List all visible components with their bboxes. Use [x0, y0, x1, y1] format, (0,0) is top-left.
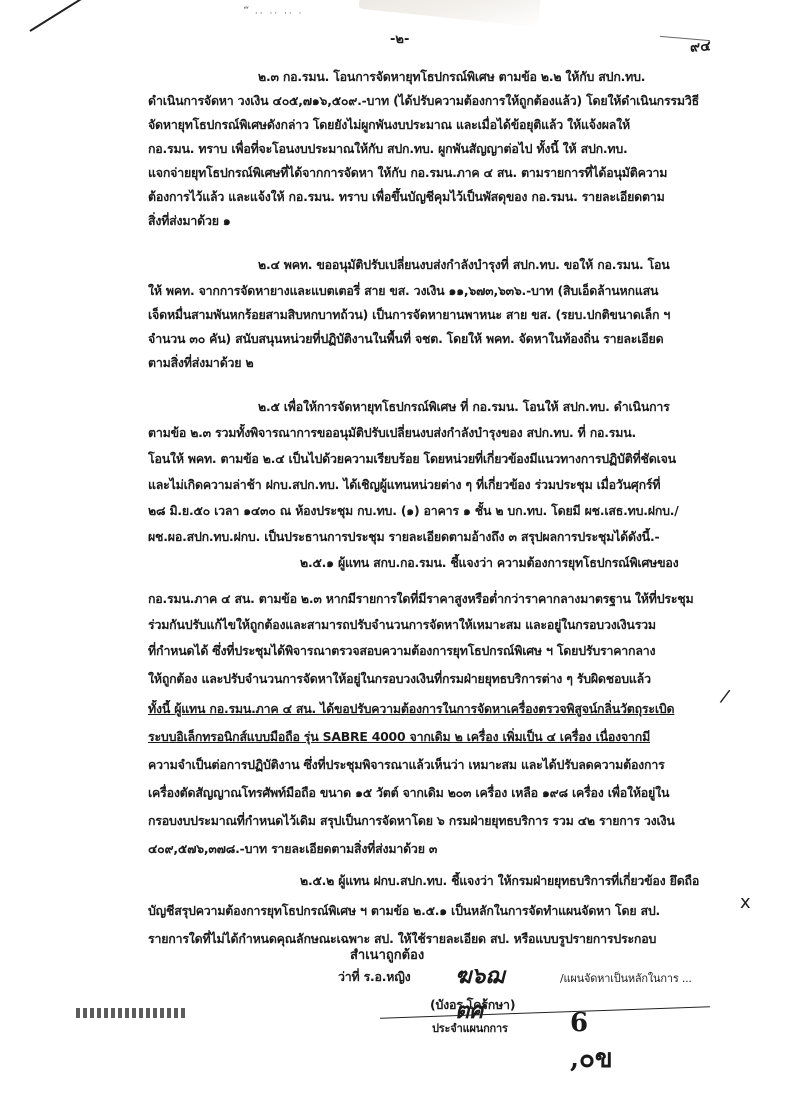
paragraph-line: ให้ พคท. จากการจัดหายางและแบตเตอรี่ สาย … — [148, 282, 708, 300]
paragraph-line: และไม่เกิดความล่าช้า ฝกบ.สปก.ทบ. ได้เชิญ… — [148, 476, 708, 494]
paragraph-line: โอนให้ พคท. ตามข้อ ๒.๔ เป็นไปด้วยความเรี… — [148, 450, 708, 468]
paragraph-line: กอ.รมน. ทราบ เพื่อที่จะโอนงบประมาณให้กับ… — [148, 140, 708, 158]
paragraph-line: ร่วมกันปรับแก้ไขให้ถูกต้องและสามารถปรับจ… — [148, 616, 708, 634]
paragraph-line: จัดหายุทโธปกรณ์พิเศษดังกล่าว โดยยังไม่ผู… — [148, 116, 708, 134]
signer-rank: ว่าที่ ร.อ.หญิง — [338, 968, 458, 986]
paragraph-line: กอ.รมน.ภาค ๔ สน. ตามข้อ ๒.๓ หากมีรายการใ… — [148, 590, 708, 608]
paragraph-line: ความจำเป็นต่อการปฏิบัติงาน ซึ่งที่ประชุม… — [148, 756, 708, 774]
certified-copy-stamp: สำเนาถูกต้อง — [350, 944, 424, 965]
paragraph-line: ทั้งนี้ ผู้แทน กอ.รมน.ภาค ๔ สน. ได้ขอปรั… — [148, 700, 708, 718]
page-number: -๒- — [390, 28, 409, 49]
paragraph-line: ๒.๕.๒ ผู้แทน ฝกบ.สปก.ทบ. ชี้แจงว่า ให้กร… — [300, 872, 708, 890]
header-noise: ๊ ·· ·· ·· · — [248, 6, 303, 20]
scanned-document-page: ๊ ·· ·· ·· · -๒- ๙๔ ๒.๓ กอ.รมน. โอนการจั… — [0, 0, 800, 1100]
paragraph-line: ๒๘ มิ.ย.๕๐ เวลา ๑๔๓๐ ณ ห้องประชุม กบ.ทบ.… — [148, 502, 708, 520]
paragraph-line: จำนวน ๓๐ คัน) สนับสนุนหน่วยที่ปฏิบัติงาน… — [148, 330, 708, 348]
folio-number: ๙๔ — [689, 35, 711, 58]
paragraph-line: สิ่งที่ส่งมาด้วย ๑ — [148, 212, 708, 230]
paragraph-line: ๒.๔ พคท. ขออนุมัติปรับเปลี่ยนงบส่งกำลังบ… — [258, 256, 708, 274]
handwritten-signature: ฆ๖ฌ ตศ — [455, 958, 504, 1028]
paragraph-line: ระบบอิเล็กทรอนิกส์แบบมือถือ รุ่น SABRE 4… — [148, 728, 708, 746]
paragraph-line: บัญชีสรุปความต้องการยุทโธปกรณ์พิเศษ ฯ ตา… — [148, 902, 708, 920]
paragraph-line: ให้ถูกต้อง และปรับจำนวนการจัดหาให้อยู่ใน… — [148, 670, 708, 688]
paragraph-line: ๔๐๙,๕๗๖,๓๗๘.-บาท รายละเอียดตามสิ่งที่ส่ง… — [148, 840, 708, 858]
paragraph-line: รายการใดที่ไม่ได้กำหนดคุณลักษณะเฉพาะ สป.… — [148, 930, 708, 948]
paragraph-line: กรอบงบประมาณที่กำหนดไว้เดิม สรุปเป็นการจ… — [148, 812, 708, 830]
signature-note: /แผนจัดหาเป็นหลักในการ ... — [560, 970, 730, 988]
margin-check-mark: / — [719, 686, 732, 708]
paragraph-line: ๒.๕ เพื่อให้การจัดหายุทโธปกรณ์พิเศษ ที่ … — [258, 398, 708, 416]
signer-position: ประจำแผนกการ — [432, 1020, 552, 1038]
paragraph-line: เจ็ดหมื่นสามพันหกร้อยสามสิบหกบาทถ้วน) เป… — [148, 306, 708, 324]
signer-name: (บังอร โคร้กษา) — [430, 996, 570, 1014]
paragraph-line: ดำเนินการจัดหา วงเงิน ๔๐๕,๗๑๖,๕๐๙.-บาท (… — [148, 92, 708, 110]
paragraph-line: ผช.ผอ.สปก.ทบ.ฝกบ. เป็นประธานการประชุม รา… — [148, 528, 708, 546]
left-margin-scribble — [76, 1008, 186, 1018]
paragraph-line: ตามข้อ ๒.๓ รวมทั้งพิจารณาการขออนุมัติปรั… — [148, 424, 708, 442]
paragraph-line: ๒.๓ กอ.รมน. โอนการจัดหายุทโธปกรณ์พิเศษ ต… — [258, 68, 708, 86]
scan-smudge — [359, 0, 542, 27]
paragraph-line: แจกจ่ายยุทโธปกรณ์พิเศษที่ได้จากการจัดหา … — [148, 164, 708, 182]
paragraph-line: ๒.๕.๑ ผู้แทน สกบ.กอ.รมน. ชี้แจงว่า ความต… — [300, 554, 708, 572]
paragraph-line: เครื่องตัดสัญญาณโทรศัพท์มือถือ ขนาด ๑๕ ว… — [148, 784, 708, 802]
handwritten-initials: 6 ,๐ข — [570, 1008, 613, 1079]
paragraph-line: ที่กำหนดได้ ซึ่งที่ประชุมได้พิจารณาตรวจส… — [148, 642, 708, 660]
corner-pen-stroke — [29, 0, 132, 32]
paragraph-line: ต้องการไว้แล้ว และแจ้งให้ กอ.รมน. ทราบ เ… — [148, 188, 708, 206]
margin-cross-mark: x — [740, 892, 751, 913]
paragraph-line: ตามสิ่งที่ส่งมาด้วย ๒ — [148, 354, 708, 372]
